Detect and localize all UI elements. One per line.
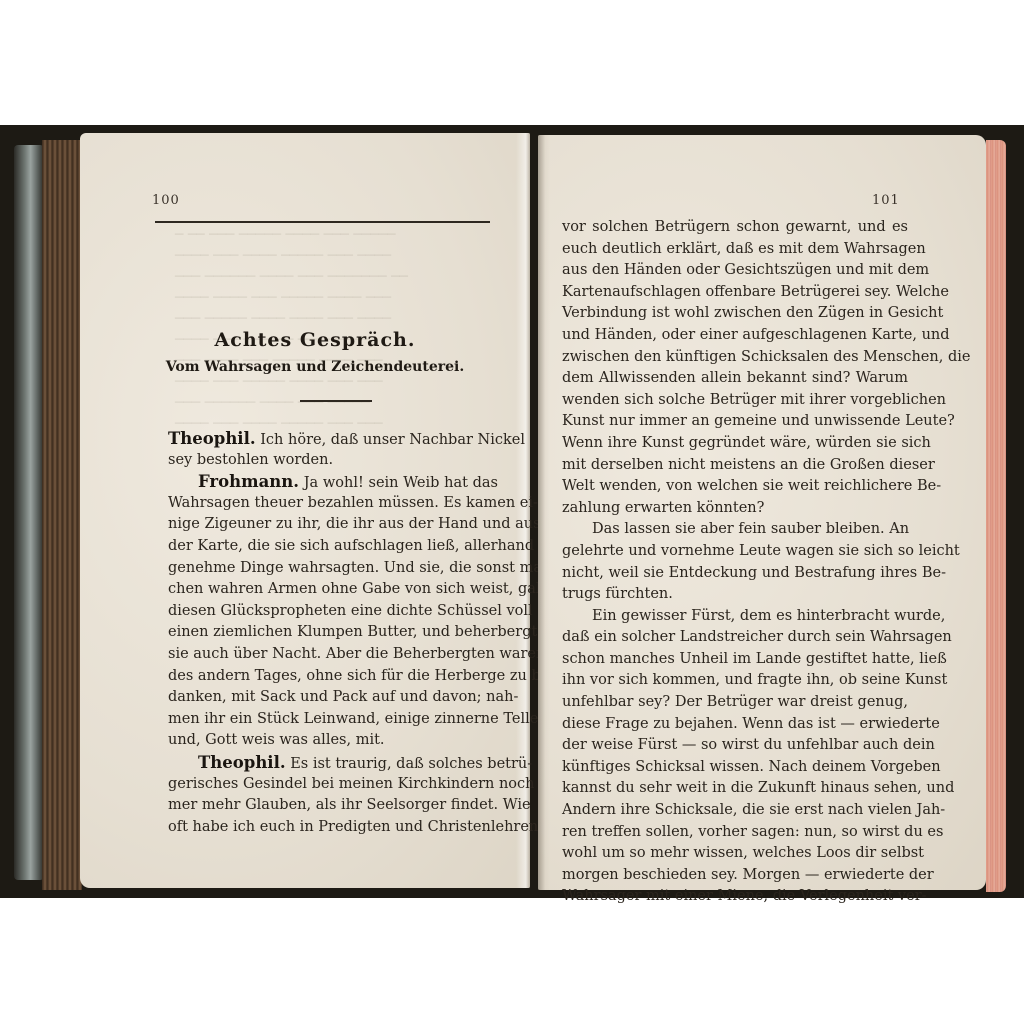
book-cover-edge <box>14 145 44 880</box>
text-line: Andern ihre Schicksale, die sie erst nac… <box>562 800 908 822</box>
text-line: der Karte, die sie sich aufschlagen ließ… <box>168 536 498 558</box>
text-line: und Händen, oder einer aufgeschlagenen K… <box>562 325 908 347</box>
text-line: Wahrsager mit einer Miene, die Verlegenh… <box>562 886 908 908</box>
right-page: 101 vor solchen Betrügern schon gewarnt,… <box>538 135 986 890</box>
text-line: Welt wenden, von welchen sie weit reichl… <box>562 476 908 498</box>
page-number: 101 <box>872 193 900 208</box>
text-line: schon manches Unheil im Lande gestiftet … <box>562 649 908 671</box>
text-line: Theophil. Es ist traurig, daß solches be… <box>168 752 498 774</box>
text-line: der weise Fürst — so wirst du unfehlbar … <box>562 735 908 757</box>
text-line: Wahrsagen theuer bezahlen müssen. Es kam… <box>168 493 498 515</box>
text-line: wohl um so mehr wissen, welches Loos dir… <box>562 843 908 865</box>
left-page: 100 ─ ── ─── ───── ──── ─── ───── ──── ─… <box>80 133 530 888</box>
text-line: genehme Dinge wahrsagten. Und sie, die s… <box>168 558 498 580</box>
header-rule <box>155 221 490 223</box>
text-line: Kartenaufschlagen offenbare Betrügerei s… <box>562 282 908 304</box>
text-line: nige Zigeuner zu ihr, die ihr aus der Ha… <box>168 514 498 536</box>
speaker-name: Theophil. <box>198 753 286 772</box>
text-line: daß ein solcher Landstreicher durch sein… <box>562 627 908 649</box>
text-line: aus den Händen oder Gesichtszügen und mi… <box>562 260 908 282</box>
section-rule <box>300 400 372 402</box>
text-line: dem Allwissenden allein bekannt sind? Wa… <box>562 368 908 390</box>
text-line: des andern Tages, ohne sich für die Herb… <box>168 666 498 688</box>
text-line: gelehrte und vornehme Leute wagen sie si… <box>562 541 908 563</box>
text-line: gerisches Gesindel bei meinen Kirchkinde… <box>168 774 498 796</box>
text-line: Frohmann. Ja wohl! sein Weib hat das <box>168 471 498 493</box>
text-line: vor solchen Betrügern schon gewarnt, und… <box>562 217 908 239</box>
text-line: Das lassen sie aber fein sauber bleiben.… <box>562 519 908 541</box>
text-line: nicht, weil sie Entdeckung und Bestrafun… <box>562 563 908 585</box>
text-line: diesen Glückspropheten eine dichte Schüs… <box>168 601 498 623</box>
text-line: sey bestohlen worden. <box>168 450 498 472</box>
text-line: unfehlbar sey? Der Betrüger war dreist g… <box>562 692 908 714</box>
text-line: zwischen den künftigen Schicksalen des M… <box>562 347 908 369</box>
right-page-body: vor solchen Betrügern schon gewarnt, und… <box>562 217 908 908</box>
left-page-body: Theophil. Ich höre, daß unser Nachbar Ni… <box>168 428 498 838</box>
text-line: Theophil. Ich höre, daß unser Nachbar Ni… <box>168 428 498 450</box>
text-line: mer mehr Glauben, als ihr Seelsorger fin… <box>168 795 498 817</box>
text-line: ren treffen sollen, vorher sagen: nun, s… <box>562 822 908 844</box>
text-line: morgen beschieden sey. Morgen — erwieder… <box>562 865 908 887</box>
text-line: danken, mit Sack und Pack auf und davon;… <box>168 687 498 709</box>
text-line: einen ziemlichen Klumpen Butter, und beh… <box>168 622 498 644</box>
text-line: Kunst nur immer an gemeine und unwissend… <box>562 411 908 433</box>
text-line: mit derselben nicht meistens an die Groß… <box>562 455 908 477</box>
page-block-fore-edge <box>986 140 1006 892</box>
text-line: men ihr ein Stück Leinwand, einige zinne… <box>168 709 498 731</box>
chapter-subtitle: Vom Wahrsagen und Zeichendeuterei. <box>140 359 490 375</box>
text-line: ihn vor sich kommen, und fragte ihn, ob … <box>562 670 908 692</box>
gutter-shadow-right <box>538 135 550 890</box>
text-line: chen wahren Armen ohne Gabe von sich wei… <box>168 579 498 601</box>
chapter-title: Achtes Gespräch. <box>140 329 490 351</box>
text-line: diese Frage zu bejahen. Wenn das ist — e… <box>562 714 908 736</box>
page-number: 100 <box>152 193 180 208</box>
text-line: kannst du sehr weit in die Zukunft hinau… <box>562 778 908 800</box>
text-line: künftiges Schicksal wissen. Nach deinem … <box>562 757 908 779</box>
text-line: euch deutlich erklärt, daß es mit dem Wa… <box>562 239 908 261</box>
text-line: Verbindung ist wohl zwischen den Zügen i… <box>562 303 908 325</box>
text-line: Ein gewisser Fürst, dem es hinterbracht … <box>562 606 908 628</box>
page-block-left-edge <box>42 140 82 890</box>
text-line: oft habe ich euch in Predigten und Chris… <box>168 817 498 839</box>
speaker-name: Theophil. <box>168 429 256 448</box>
speaker-name: Frohmann. <box>198 472 299 491</box>
text-line: wenden sich solche Betrüger mit ihrer vo… <box>562 390 908 412</box>
text-line: Wenn ihre Kunst gegründet wäre, würden s… <box>562 433 908 455</box>
text-line: sie auch über Nacht. Aber die Beherbergt… <box>168 644 498 666</box>
text-line: und, Gott weis was alles, mit. <box>168 730 498 752</box>
text-line: trugs fürchten. <box>562 584 908 606</box>
text-line: zahlung erwarten könnten? <box>562 498 908 520</box>
